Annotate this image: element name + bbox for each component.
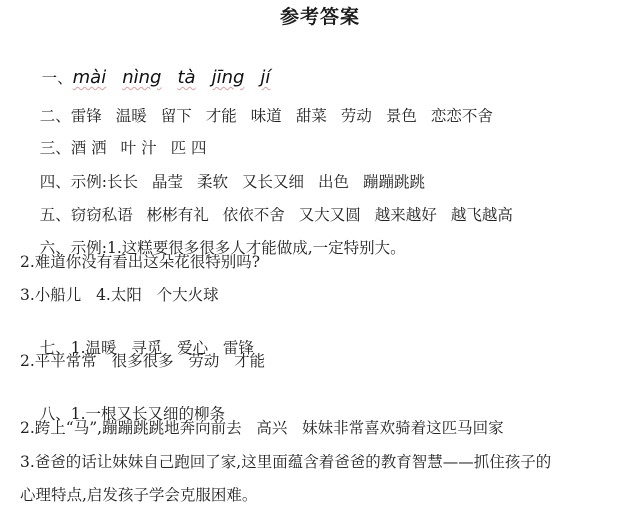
- question-7-line-2: 2.平平常常 很多很多 劳动 才能: [20, 351, 265, 371]
- answer-word: 越飞越高: [451, 206, 513, 224]
- pinyin-answer: tà: [177, 67, 195, 88]
- answer-word: 味道: [251, 107, 282, 125]
- page-title: 参考答案: [0, 2, 640, 29]
- pinyin-answer: jīng: [212, 67, 245, 88]
- answer-word: 劳动: [341, 107, 372, 125]
- answer-word: 甜菜: [296, 107, 327, 125]
- question-6-line-2: 2.难道你没有看出这朵花很特别吗?: [20, 252, 260, 272]
- pinyin-answer: jí: [260, 67, 270, 88]
- question-number: 一、: [42, 69, 73, 87]
- answer-word: 恋恋不舍: [431, 107, 493, 125]
- pinyin-answer: nìng: [122, 67, 161, 88]
- question-8-line-4: 心理特点,启发孩子学会克服困难。: [20, 485, 257, 505]
- question-8-line-3: 3.爸爸的话让妹妹自己跑回了家,这里面蕴含着爸爸的教育智慧——抓住孩子的: [20, 452, 551, 472]
- answer-word: 景色: [386, 107, 417, 125]
- answer-key-page: 参考答案 一、màinìngtàjīngjí 二、雷锋温暖留下才能味道甜菜劳动景…: [0, 0, 640, 507]
- question-8-line-2: 2.跨上“马”,蹦蹦跳跳地奔向前去 高兴 妹妹非常喜欢骑着这匹马回家: [20, 418, 504, 438]
- question-6-line-3: 3.小船儿 4.太阳 个大火球: [20, 285, 219, 305]
- pinyin-answer: mài: [73, 67, 107, 88]
